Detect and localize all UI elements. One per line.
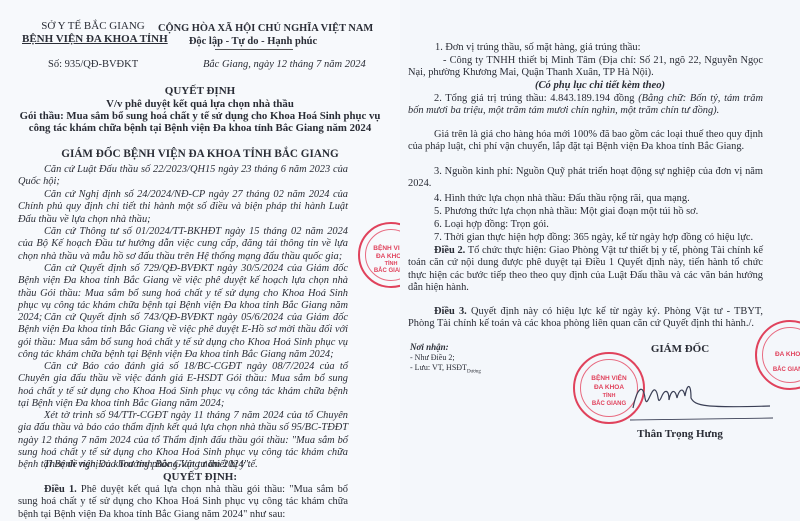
recipient-text: - Lưu: VT, HSĐT [410, 363, 467, 372]
total-value-text: 2. Tổng giá trị trúng thầu: 4.843.189.19… [434, 93, 638, 104]
recipient-sub: Dương [467, 370, 481, 375]
item-2-total-value: 2. Tổng giá trị trúng thầu: 4.843.189.19… [408, 93, 763, 118]
item-3-funding: 3. Nguồn kinh phí: Nguồn Quỹ phát triển … [408, 166, 763, 191]
article-3-label: Điều 3. [434, 306, 467, 317]
article-3: Điều 3. Quyết định này có hiệu lực kể từ… [408, 306, 763, 331]
recipients-label: Nơi nhận: [410, 342, 449, 352]
basis-text: Căn cứ Nghị định số 24/2024/NĐ-CP ngày 2… [18, 189, 348, 225]
signature [625, 368, 775, 423]
recipient-item: - Lưu: VT, HSĐTDương [410, 363, 481, 378]
article-1-label: Điều 1. [44, 484, 77, 495]
basis-text: Căn cứ Thông tư số 01/2024/TT-BKHĐT ngày… [18, 226, 348, 262]
document-page-right: 1. Đơn vị trúng thầu, số mặt hàng, giá t… [400, 0, 800, 521]
basis-evaluation-report: Căn cứ Báo cáo đánh giá số 18/BC-CGĐT ng… [18, 361, 348, 410]
national-title: CỘNG HÒA XÃ HỘI CHỦ NGHĨA VIỆT NAM [158, 22, 348, 35]
winning-bidder: - Công ty TNHH thiết bị Minh Tâm (Địa ch… [408, 55, 763, 80]
item-1: 1. Đơn vị trúng thầu, số mặt hàng, giá t… [435, 42, 640, 54]
basis-bidding-docs-decision: Căn cứ Quyết định số 743/QĐ-BVĐKT ngày 0… [18, 312, 348, 361]
document-number: Số: 935/QĐ-BVĐKT [48, 58, 138, 71]
official-stamp-partial: BỆNH VIỆN ĐA KHOA TỈNH BẮC GIANG [358, 222, 400, 288]
issuing-authority: GIÁM ĐỐC BỆNH VIỆN ĐA KHOA TỈNH BẮC GIAN… [0, 148, 400, 160]
basis-proposal: Theo đề nghị của Trưởng phòng Vật tư thi… [18, 459, 348, 471]
decision-title: QUYẾT ĐỊNH [0, 85, 400, 97]
appendix-note: (Có phụ lục chi tiết kèm theo) [400, 80, 800, 91]
stamp-text: BẮC GIANG [360, 267, 400, 276]
item-6-contract-type: 6. Loại hợp đồng: Trọn gói. [434, 219, 549, 231]
basis-circular: Căn cứ Thông tư số 01/2024/TT-BKHĐT ngày… [18, 226, 348, 263]
recipient-item: - Như Điều 2; [410, 353, 455, 363]
article-2-label: Điều 2. [434, 245, 465, 256]
package-title-line1: Gói thầu: Mua sắm bổ sung hoá chất y tế … [0, 110, 400, 122]
article-1: Điều 1. Phê duyệt kết quả lựa chọn nhà t… [18, 484, 348, 521]
stamp-text: ĐA KHOA [757, 350, 800, 359]
basis-text: Theo đề nghị của Trưởng phòng Vật tư thi… [44, 459, 258, 470]
issuer-hospital: BỆNH VIỆN ĐA KHOA TỈNH [22, 33, 162, 46]
decision-heading: QUYẾT ĐỊNH: [0, 471, 400, 483]
stamp-text: BẮC GIANG [757, 366, 800, 375]
winning-bidder-text: - Công ty TNHH thiết bị Minh Tâm (Địa ch… [408, 55, 763, 78]
basis-text: Căn cứ Báo cáo đánh giá số 18/BC-CGĐT ng… [18, 361, 348, 409]
item-4-selection-form: 4. Hình thức lựa chọn nhà thầu: Đấu thầu… [434, 193, 690, 205]
price-note: Giá trên là giá cho hàng hóa mới 100% đã… [408, 129, 763, 154]
signer-title: GIÁM ĐỐC [620, 343, 740, 355]
document-page-left: SỞ Y TẾ BẮC GIANG BỆNH VIỆN ĐA KHOA TỈNH… [0, 0, 400, 521]
national-motto: Độc lập - Tự do - Hạnh phúc [158, 35, 348, 48]
signer-name: Thân Trọng Hưng [610, 428, 750, 440]
motto-underline [215, 49, 293, 50]
basis-decree: Căn cứ Nghị định số 24/2024/NĐ-CP ngày 2… [18, 189, 348, 226]
decision-subject: V/v phê duyệt kết quả lựa chọn nhà thầu [0, 98, 400, 110]
basis-law: Căn cứ Luật Đấu thầu số 22/2023/QH15 ngà… [18, 164, 348, 189]
funding-text: 3. Nguồn kinh phí: Nguồn Quỹ phát triển … [408, 166, 763, 189]
basis-text: Căn cứ Luật Đấu thầu số 22/2023/QH15 ngà… [18, 164, 348, 187]
article-2: Điều 2. Tổ chức thực hiện: Giao Phòng Vậ… [408, 245, 763, 294]
item-5-selection-method: 5. Phương thức lựa chọn nhà thầu: Một gi… [434, 206, 698, 218]
item-7-contract-duration: 7. Thời gian thực hiện hợp đồng: 365 ngà… [434, 232, 753, 244]
package-title-line2: công tác khám chữa bệnh tại Bệnh viện Đa… [0, 122, 400, 134]
place-and-date: Bắc Giang, ngày 12 tháng 7 năm 2024 [203, 58, 366, 71]
basis-text: Căn cứ Quyết định số 743/QĐ-BVĐKT ngày 0… [18, 312, 348, 360]
price-note-text: Giá trên là giá cho hàng hóa mới 100% đã… [408, 129, 763, 152]
issuer-department: SỞ Y TẾ BẮC GIANG [28, 20, 158, 33]
